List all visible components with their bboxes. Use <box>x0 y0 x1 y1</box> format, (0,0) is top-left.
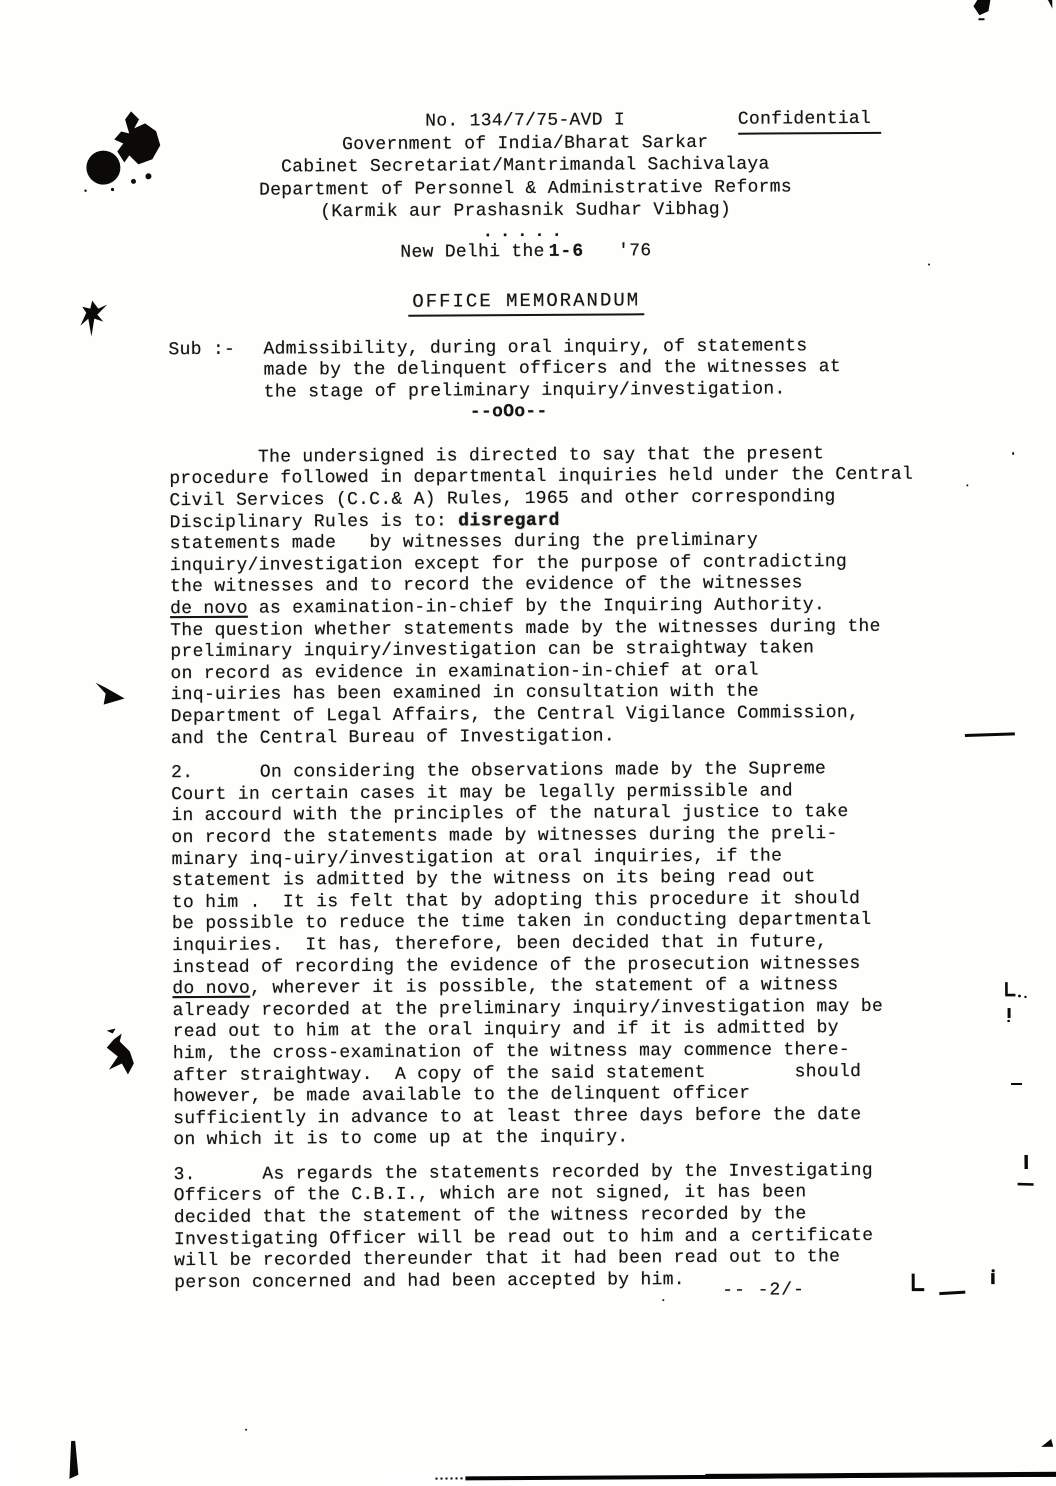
paragraph-1-text-c: as examination-in-chief by the Inquiring… <box>170 595 881 749</box>
dateline-date: 1-6 <box>549 241 585 261</box>
speck <box>1012 452 1014 455</box>
paragraph-1: The undersigned is directed to say that … <box>169 443 977 750</box>
paragraph-2-underlined-phrase: do novo <box>172 979 250 999</box>
dateline-year: '76 <box>618 241 651 261</box>
paragraph-2-text-b: , wherever it is possible, the statement… <box>172 975 883 1150</box>
subject-separator: --oOo-- <box>264 400 841 425</box>
speck <box>245 1429 247 1431</box>
stray-marks-right-upper <box>1002 980 1030 1022</box>
corner-notch-icon <box>1042 0 1052 11</box>
document-title: OFFICE MEMORANDUM <box>408 289 644 316</box>
document-title-row: OFFICE MEMORANDUM <box>0 286 1054 314</box>
paragraph-1-inserted-word: disregard <box>458 510 560 531</box>
scan-edge-line-thick <box>705 1472 1056 1479</box>
memo-body: Sub :- Admissibility, during oral inquir… <box>168 335 980 1306</box>
blot-top-right-icon <box>971 0 995 22</box>
paragraph-3-text: 3. As regards the statements recorded by… <box>173 1161 873 1293</box>
memo-page: No. 134/7/75-AVD I Confidential Governme… <box>0 0 1056 1486</box>
scan-edge-dots <box>435 1477 463 1479</box>
classification-label: Confidential <box>738 108 881 134</box>
subject-block: Sub :- Admissibility, during oral inquir… <box>168 335 975 426</box>
pen-stroke-bottom-left <box>66 1441 82 1483</box>
dateline: New Delhi the1-6'76 <box>0 236 1054 266</box>
stray-marks-right-lower <box>1015 1153 1037 1191</box>
reference-number: No. 134/7/75-AVD I <box>425 110 625 131</box>
stray-dash-right <box>1011 1083 1022 1085</box>
ink-blot-icon <box>81 105 172 194</box>
paragraph-1-underlined-phrase: de novo <box>170 599 248 619</box>
pen-tick-bottom-right <box>1041 1439 1053 1449</box>
subject-label: Sub :- <box>168 339 264 426</box>
paragraph-3: 3. As regards the statements recorded by… <box>173 1160 980 1294</box>
paragraph-2-text-a: 2. On considering the observations made … <box>171 759 871 977</box>
arrow-blot-icon <box>93 680 127 710</box>
speck <box>966 484 968 486</box>
stray-marks-footer <box>907 1269 1007 1302</box>
dateline-place: New Delhi the <box>400 241 544 262</box>
slash-blot-icon <box>99 1028 143 1078</box>
subject-text-column: Admissibility, during oral inquiry, of s… <box>263 336 841 426</box>
speck <box>928 264 930 266</box>
paragraph-2: 2. On considering the observations made … <box>171 758 979 1152</box>
speck <box>662 1299 664 1301</box>
dash-right-margin <box>965 732 1015 737</box>
subject-text: Admissibility, during oral inquiry, of s… <box>263 336 841 403</box>
x-blot-icon <box>78 299 110 341</box>
